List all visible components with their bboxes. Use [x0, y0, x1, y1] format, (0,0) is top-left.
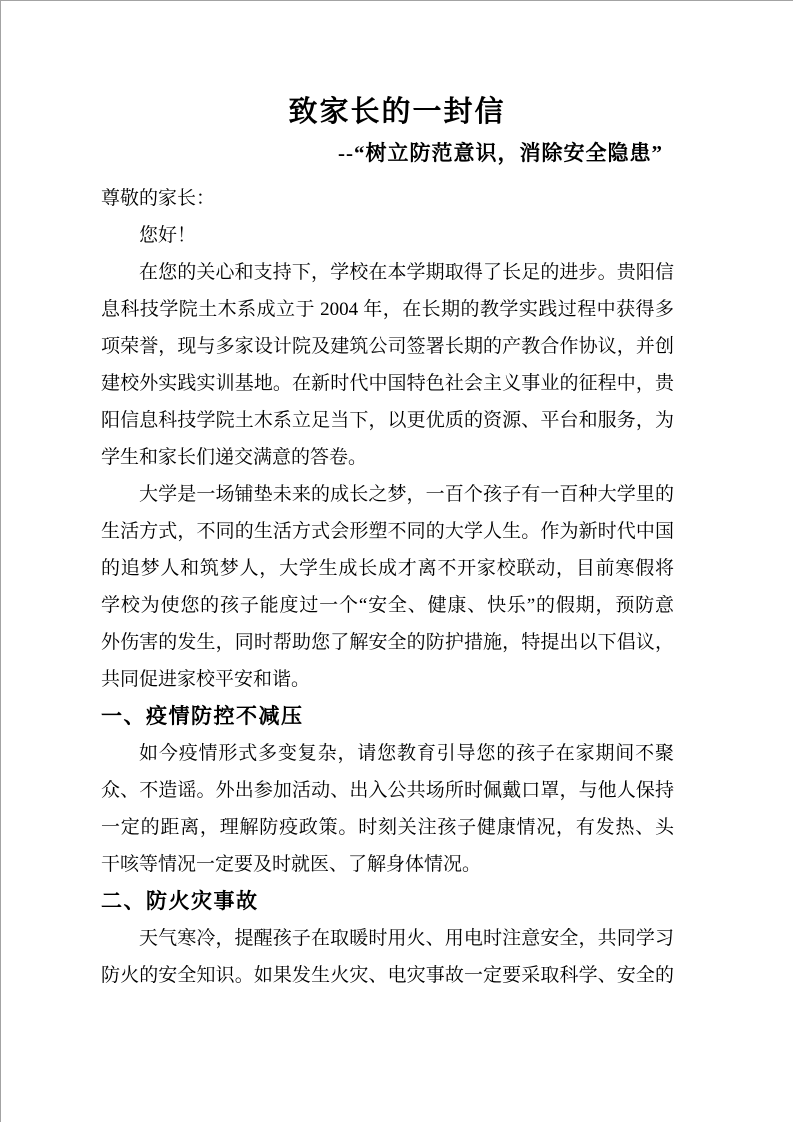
text-line: 外伤害的发生，同时帮助您了解安全的防护措施，特提出以下倡议， [101, 624, 674, 661]
text-line: 如今疫情形式多变复杂，请您教育引导您的孩子在家期间不聚 [101, 735, 674, 772]
text-line: 干咳等情况一定要及时就医、了解身体情况。 [101, 846, 674, 883]
text-line: 在您的关心和支持下，学校在本学期取得了长足的进步。贵阳信 [101, 254, 674, 291]
text-line: 大学是一场铺垫未来的成长之梦，一百个孩子有一百种大学里的 [101, 476, 674, 513]
text-line: 众、不造谣。外出参加活动、出入公共场所时佩戴口罩，与他人保持 [101, 772, 674, 809]
text-line: 生活方式，不同的生活方式会形塑不同的大学人生。作为新时代中国 [101, 513, 674, 550]
text-line: 学校为使您的孩子能度过一个“安全、健康、快乐”的假期，预防意 [101, 587, 674, 624]
document-body: 尊敬的家长：您好！在您的关心和支持下，学校在本学期取得了长足的进步。贵阳信息科技… [101, 180, 674, 994]
text-line: 建校外实践实训基地。在新时代中国特色社会主义事业的征程中，贵 [101, 365, 674, 402]
text-line: 天气寒冷，提醒孩子在取暖时用火、用电时注意安全，共同学习 [101, 920, 674, 957]
document-page: 致家长的一封信 --“树立防范意识，消除安全隐患” 尊敬的家长：您好！在您的关心… [0, 0, 793, 1122]
text-line: 防火的安全知识。如果发生火灾、电灾事故一定要采取科学、安全的 [101, 957, 674, 994]
text-line: 息科技学院土木系成立于 2004 年，在长期的教学实践过程中获得多 [101, 291, 674, 328]
document-title: 致家长的一封信 [1, 1, 793, 131]
text-line: 共同促进家校平安和谐。 [101, 661, 674, 698]
text-line: 学生和家长们递交满意的答卷。 [101, 439, 674, 476]
text-line: 尊敬的家长： [101, 180, 674, 217]
text-line: 的追梦人和筑梦人，大学生成长成才离不开家校联动，目前寒假将至， [101, 550, 674, 587]
text-line: 项荣誉，现与多家设计院及建筑公司签署长期的产教合作协议，并创 [101, 328, 674, 365]
text-line: 阳信息科技学院土木系立足当下，以更优质的资源、平台和服务，为 [101, 402, 674, 439]
text-line: 一定的距离，理解防疫政策。时刻关注孩子健康情况，有发热、头晕、 [101, 809, 674, 846]
section-heading: 二、防火灾事故 [101, 883, 674, 920]
document-subtitle: --“树立防范意识，消除安全隐患” [1, 135, 793, 172]
section-heading: 一、疫情防控不减压 [101, 698, 674, 735]
text-line: 您好！ [101, 217, 674, 254]
